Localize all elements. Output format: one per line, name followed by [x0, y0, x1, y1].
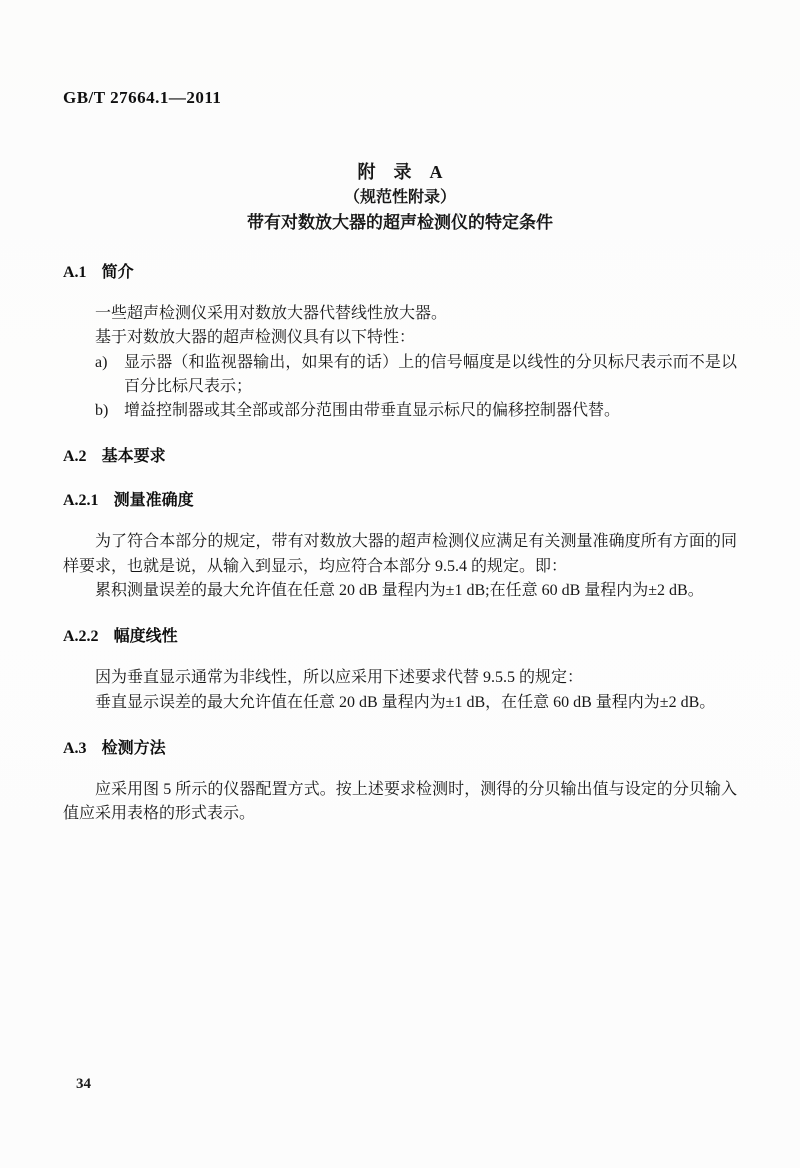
section-title: 基本要求 [102, 448, 166, 465]
appendix-label: 附 录 A [63, 160, 737, 185]
section-heading-a22: A.2.2幅度线性 [63, 626, 737, 647]
section-title: 测量准确度 [114, 492, 194, 509]
appendix-type-note: （规范性附录） [63, 185, 737, 210]
section-title: 简介 [102, 264, 134, 281]
list-marker: a) [95, 351, 107, 375]
section-heading-a3: A.3检测方法 [63, 738, 737, 759]
doc-header: GB/T 27664.1—2011 [63, 88, 737, 108]
doc-number: GB/T 27664.1—2011 [63, 88, 221, 107]
section-heading-a2: A.2基本要求 [63, 446, 737, 467]
paragraph: 一些超声检测仪采用对数放大器代替线性放大器。 [63, 302, 737, 326]
paragraph: 垂直显示误差的最大允许值在任意 20 dB 量程内为±1 dB，在任意 60 d… [63, 691, 737, 715]
section-heading-a21: A.2.1测量准确度 [63, 490, 737, 511]
appendix-title-block: 附 录 A （规范性附录） 带有对数放大器的超声检测仪的特定条件 [63, 160, 737, 236]
list-item-a: a) 显示器（和监视器输出，如果有的话）上的信号幅度是以线性的分贝标尺表示而不是… [63, 351, 737, 400]
section-number: A.2 [63, 448, 87, 465]
appendix-title: 带有对数放大器的超声检测仪的特定条件 [63, 210, 737, 236]
section-number: A.2.1 [63, 492, 99, 509]
section-number: A.3 [63, 740, 87, 757]
section-title: 检测方法 [102, 740, 166, 757]
paragraph: 应采用图 5 所示的仪器配置方式。按上述要求检测时，测得的分贝输出值与设定的分贝… [63, 778, 737, 827]
section-number: A.1 [63, 264, 87, 281]
section-heading-a1: A.1简介 [63, 262, 737, 283]
paragraph: 因为垂直显示通常为非线性，所以应采用下述要求代替 9.5.5 的规定： [63, 666, 737, 690]
page-number: 34 [76, 1076, 91, 1093]
paragraph: 为了符合本部分的规定，带有对数放大器的超声检测仪应满足有关测量准确度所有方面的同… [63, 530, 737, 579]
list-text: 显示器（和监视器输出，如果有的话）上的信号幅度是以线性的分贝标尺表示而不是以百分… [124, 354, 737, 395]
document-content: A.1简介 一些超声检测仪采用对数放大器代替线性放大器。 基于对数放大器的超声检… [63, 262, 737, 827]
list-marker: b) [95, 399, 108, 423]
list-item-b: b) 增益控制器或其全部或部分范围由带垂直显示标尺的偏移控制器代替。 [63, 399, 737, 423]
list-text: 增益控制器或其全部或部分范围由带垂直显示标尺的偏移控制器代替。 [124, 402, 620, 419]
section-title: 幅度线性 [114, 628, 178, 645]
section-number: A.2.2 [63, 628, 99, 645]
document-page: GB/T 27664.1—2011 附 录 A （规范性附录） 带有对数放大器的… [0, 0, 800, 1168]
paragraph: 累积测量误差的最大允许值在任意 20 dB 量程内为±1 dB;在任意 60 d… [63, 579, 737, 603]
paragraph: 基于对数放大器的超声检测仪具有以下特性： [63, 326, 737, 350]
